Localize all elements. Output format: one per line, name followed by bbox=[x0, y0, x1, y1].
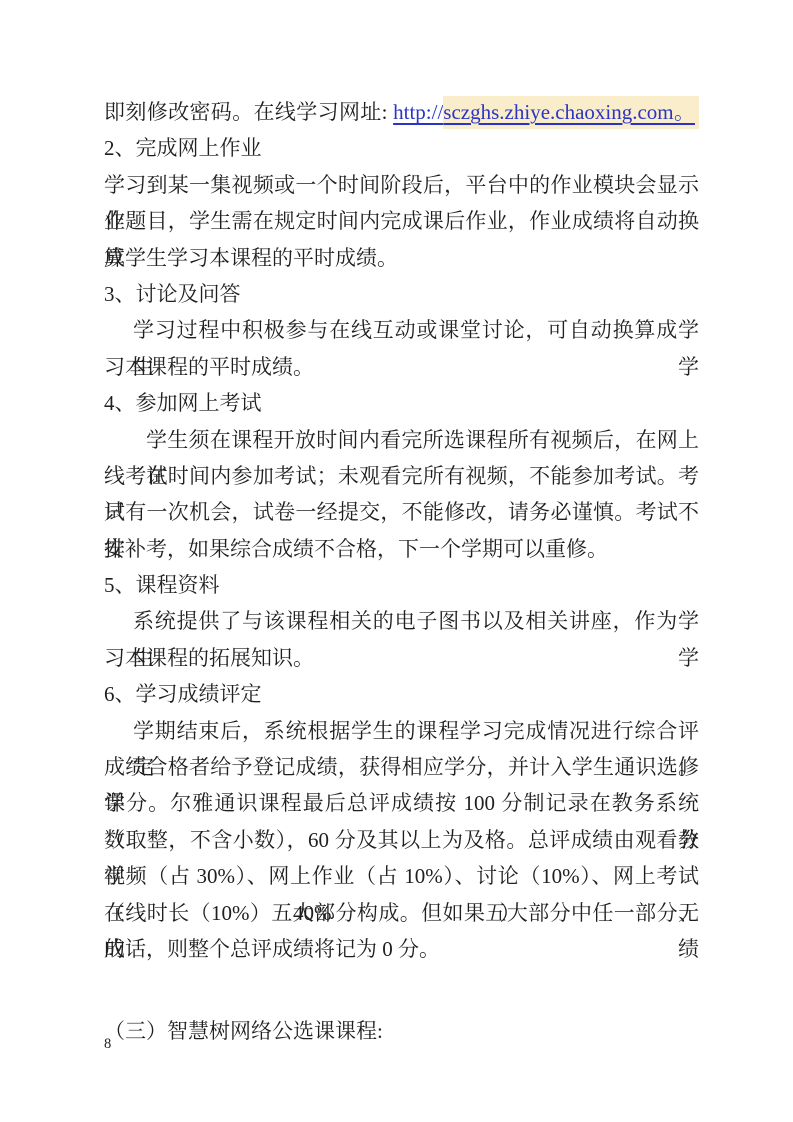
url-line-prefix: 即刻修改密码。在线学习网址: bbox=[104, 100, 393, 124]
heading-item-2: 2、完成网上作业 bbox=[104, 130, 699, 166]
heading-item-6: 6、学习成绩评定 bbox=[104, 676, 699, 712]
url-highlighted-text: sczghs.zhiye.chaoxing.com。 bbox=[443, 96, 699, 129]
text-line: 在线时长（10%）五大部分构成。但如果五大部分中任一部分无成绩 bbox=[104, 895, 699, 931]
text-line: 成学生学习本课程的平时成绩。 bbox=[104, 240, 699, 276]
text-line: 业题目，学生需在规定时间内完成课后作业，作业成绩将自动换算 bbox=[104, 203, 699, 239]
blank-line bbox=[104, 967, 699, 1003]
url-scheme-text: http:// bbox=[393, 100, 443, 124]
text-line: 成绩合格者给予登记成绩，获得相应学分，并计入学生通识选修课 bbox=[104, 749, 699, 785]
text-line: 学分。尔雅通识课程最后总评成绩按 100 分制记录在教务系统（分 bbox=[104, 785, 699, 821]
text-line-password-url: 即刻修改密码。在线学习网址: http://sczghs.zhiye.chaox… bbox=[104, 94, 699, 130]
text-line: 视频（占 30%）、网上作业（占 10%）、讨论（10%）、网上考试（40%）、 bbox=[104, 858, 699, 894]
document-page: 即刻修改密码。在线学习网址: http://sczghs.zhiye.chaox… bbox=[0, 0, 793, 1122]
text-line: 数取整，不含小数），60 分及其以上为及格。总评成绩由观看教学 bbox=[104, 822, 699, 858]
page-number: 8 bbox=[104, 1036, 111, 1053]
document-body: 即刻修改密码。在线学习网址: http://sczghs.zhiye.chaox… bbox=[104, 94, 699, 1049]
text-line: 学期结束后，系统根据学生的课程学习完成情况进行综合评定。 bbox=[104, 713, 699, 749]
text-line: 线考试时间内参加考试；未观看完所有视频，不能参加考试。考试 bbox=[104, 458, 699, 494]
heading-item-3: 3、讨论及问答 bbox=[104, 276, 699, 312]
online-learning-url-link[interactable]: http://sczghs.zhiye.chaoxing.com。 bbox=[393, 96, 699, 129]
text-line: 学习过程中积极参与在线互动或课堂讨论，可自动换算成学生学 bbox=[104, 312, 699, 348]
text-line: 系统提供了与该课程相关的电子图书以及相关讲座，作为学生学 bbox=[104, 603, 699, 639]
text-line: 只有一次机会，试卷一经提交，不能修改，请务必谨慎。考试不安 bbox=[104, 494, 699, 530]
heading-item-4: 4、参加网上考试 bbox=[104, 385, 699, 421]
heading-item-5: 5、课程资料 bbox=[104, 567, 699, 603]
text-line: 学生须在课程开放时间内看完所选课程所有视频后，在网上在 bbox=[104, 422, 699, 458]
section-heading-zhihuishu: （三）智慧树网络公选课课程: bbox=[104, 1013, 699, 1049]
text-line: 排补考，如果综合成绩不合格，下一个学期可以重修。 bbox=[104, 531, 699, 567]
text-line: 学习到某一集视频或一个时间阶段后，平台中的作业模块会显示作 bbox=[104, 167, 699, 203]
